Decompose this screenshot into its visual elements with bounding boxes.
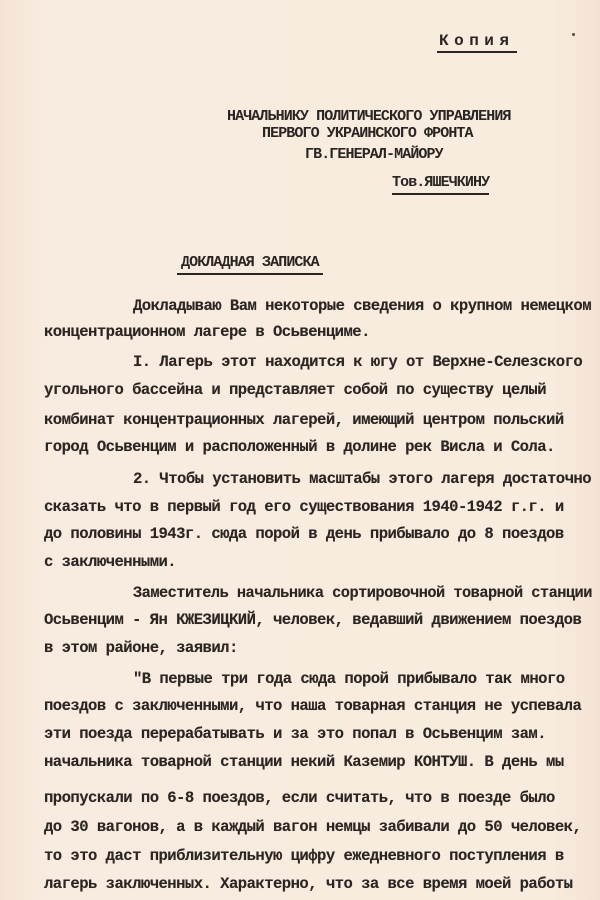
copy-mark: Копия	[437, 32, 517, 53]
body-line: "В первые три года сюда порой прибывало …	[133, 670, 565, 688]
body-line: поездов с заключенными, что наша товарна…	[44, 697, 581, 715]
body-line: до половины 1943г. сюда порой в день при…	[44, 525, 564, 543]
body-line: концентрационном лагере в Осьвенциме.	[44, 323, 370, 341]
body-line: Докладываю Вам некоторые сведения о круп…	[133, 297, 591, 315]
body-line: в этом районе, заявил:	[44, 639, 238, 657]
body-line: до 30 вагонов, а в каждый вагон немцы за…	[44, 818, 581, 836]
addressee-line-2: ПЕРВОГО УКРАИНСКОГО ФРОНТА	[262, 125, 473, 143]
body-line: комбинат концентрационных лагерей, имеющ…	[44, 411, 564, 429]
addressee-line-3: ГВ.ГЕНЕРАЛ-МАЙОРУ	[305, 146, 443, 164]
ink-speck	[572, 33, 575, 36]
body-line: сказать что в первый год его существован…	[44, 498, 564, 516]
body-line: I. Лагерь этот находится к югу от Верхне…	[133, 353, 582, 371]
body-line: город Осьвенцим и расположенный в долине…	[44, 438, 555, 456]
body-line: Осьвенцим - Ян КЖЕЗИЦКИЙ, человек, ведав…	[44, 611, 581, 629]
body-line: Заместитель начальника сортировочной тов…	[133, 584, 592, 602]
body-line: пропускали по 6-8 поездов, если считать,…	[44, 789, 555, 807]
body-line: угольного бассейна и представляет собой …	[44, 381, 546, 399]
body-line: 2. Чтобы установить масштабы этого лагер…	[133, 470, 591, 488]
addressee-name: Тов.ЯШЕЧКИНУ	[392, 174, 489, 195]
body-line: лагерь заключенных. Характерно, что за в…	[44, 875, 572, 893]
addressee-line-1: НАЧАЛЬНИКУ ПОЛИТИЧЕСКОГО УПРАВЛЕНИЯ	[227, 108, 511, 126]
body-line: эти поезда перерабатывать и за это попал…	[44, 725, 546, 743]
document-page: Копия НАЧАЛЬНИКУ ПОЛИТИЧЕСКОГО УПРАВЛЕНИ…	[0, 0, 600, 900]
body-line: начальника товарной станции некий Каземи…	[44, 753, 564, 771]
body-line: с заключенными.	[44, 553, 176, 571]
document-title: ДОКЛАДНАЯ ЗАПИСКА	[177, 254, 323, 275]
body-line: то это даст приблизительную цифру ежедне…	[44, 847, 564, 865]
